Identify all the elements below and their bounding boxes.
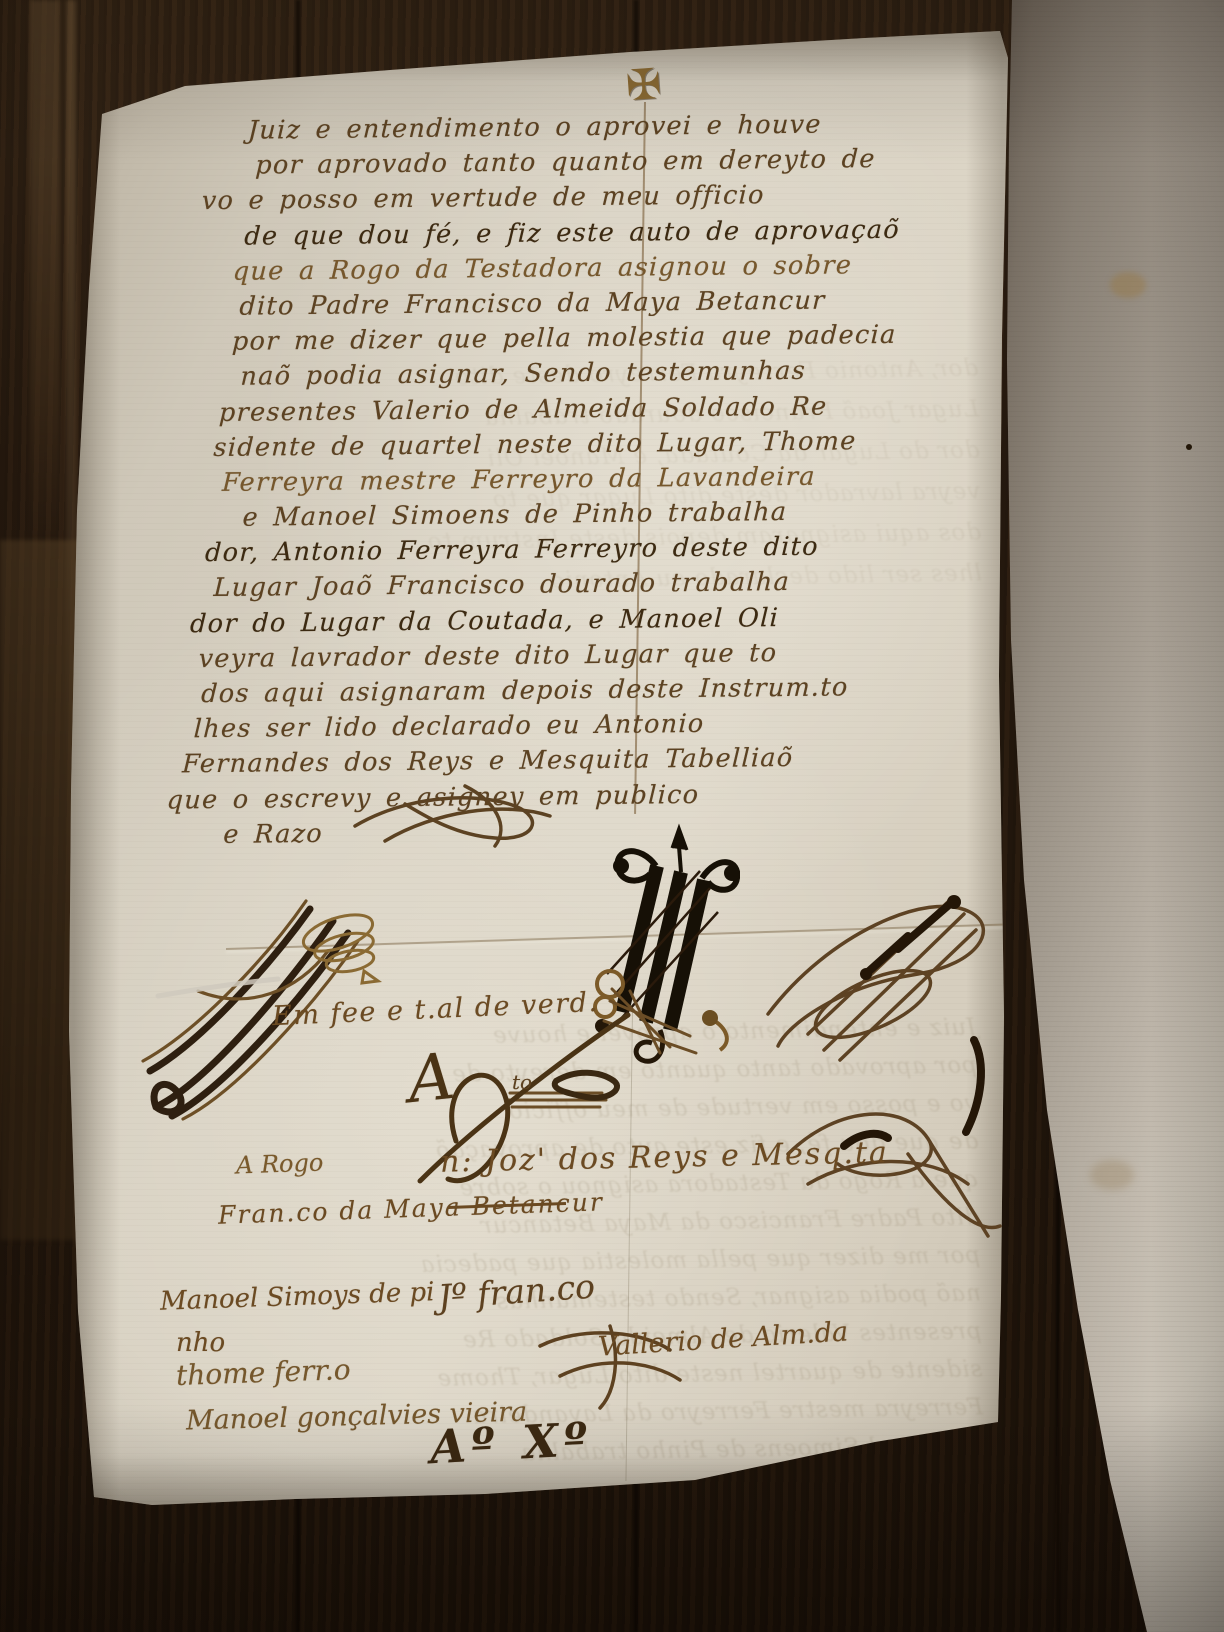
signature-manoel-simoens-line2: nho (176, 1328, 225, 1358)
ink-speck (1186, 444, 1192, 450)
manuscript-body-text: Juiz e entendimento o aprovei e houve po… (195, 106, 996, 853)
signature-thome-ferreiro: thome ferr.o (175, 1353, 351, 1392)
signature-notary-initial-superscript: to (512, 1070, 532, 1094)
razo-paraph-flourish (345, 766, 565, 861)
photo-scene: dor, Antonio Ferreyra Ferreyro deste dit… (0, 0, 1224, 1632)
manuscript-page: dor, Antonio Ferreyra Ferreyro deste dit… (60, 26, 1012, 1514)
signature-witness-mark: Aº Xº (429, 1412, 595, 1474)
right-rubric-flourish (748, 854, 1013, 1256)
wood-grain-streak (30, 0, 60, 560)
signature-a-rogo-label: A Rogo (236, 1148, 324, 1179)
paper-stain (1090, 1160, 1134, 1190)
signature-notary-initial: A (404, 1040, 458, 1118)
cross-icon: ✠ (624, 59, 663, 110)
paper-stain (1110, 272, 1146, 298)
